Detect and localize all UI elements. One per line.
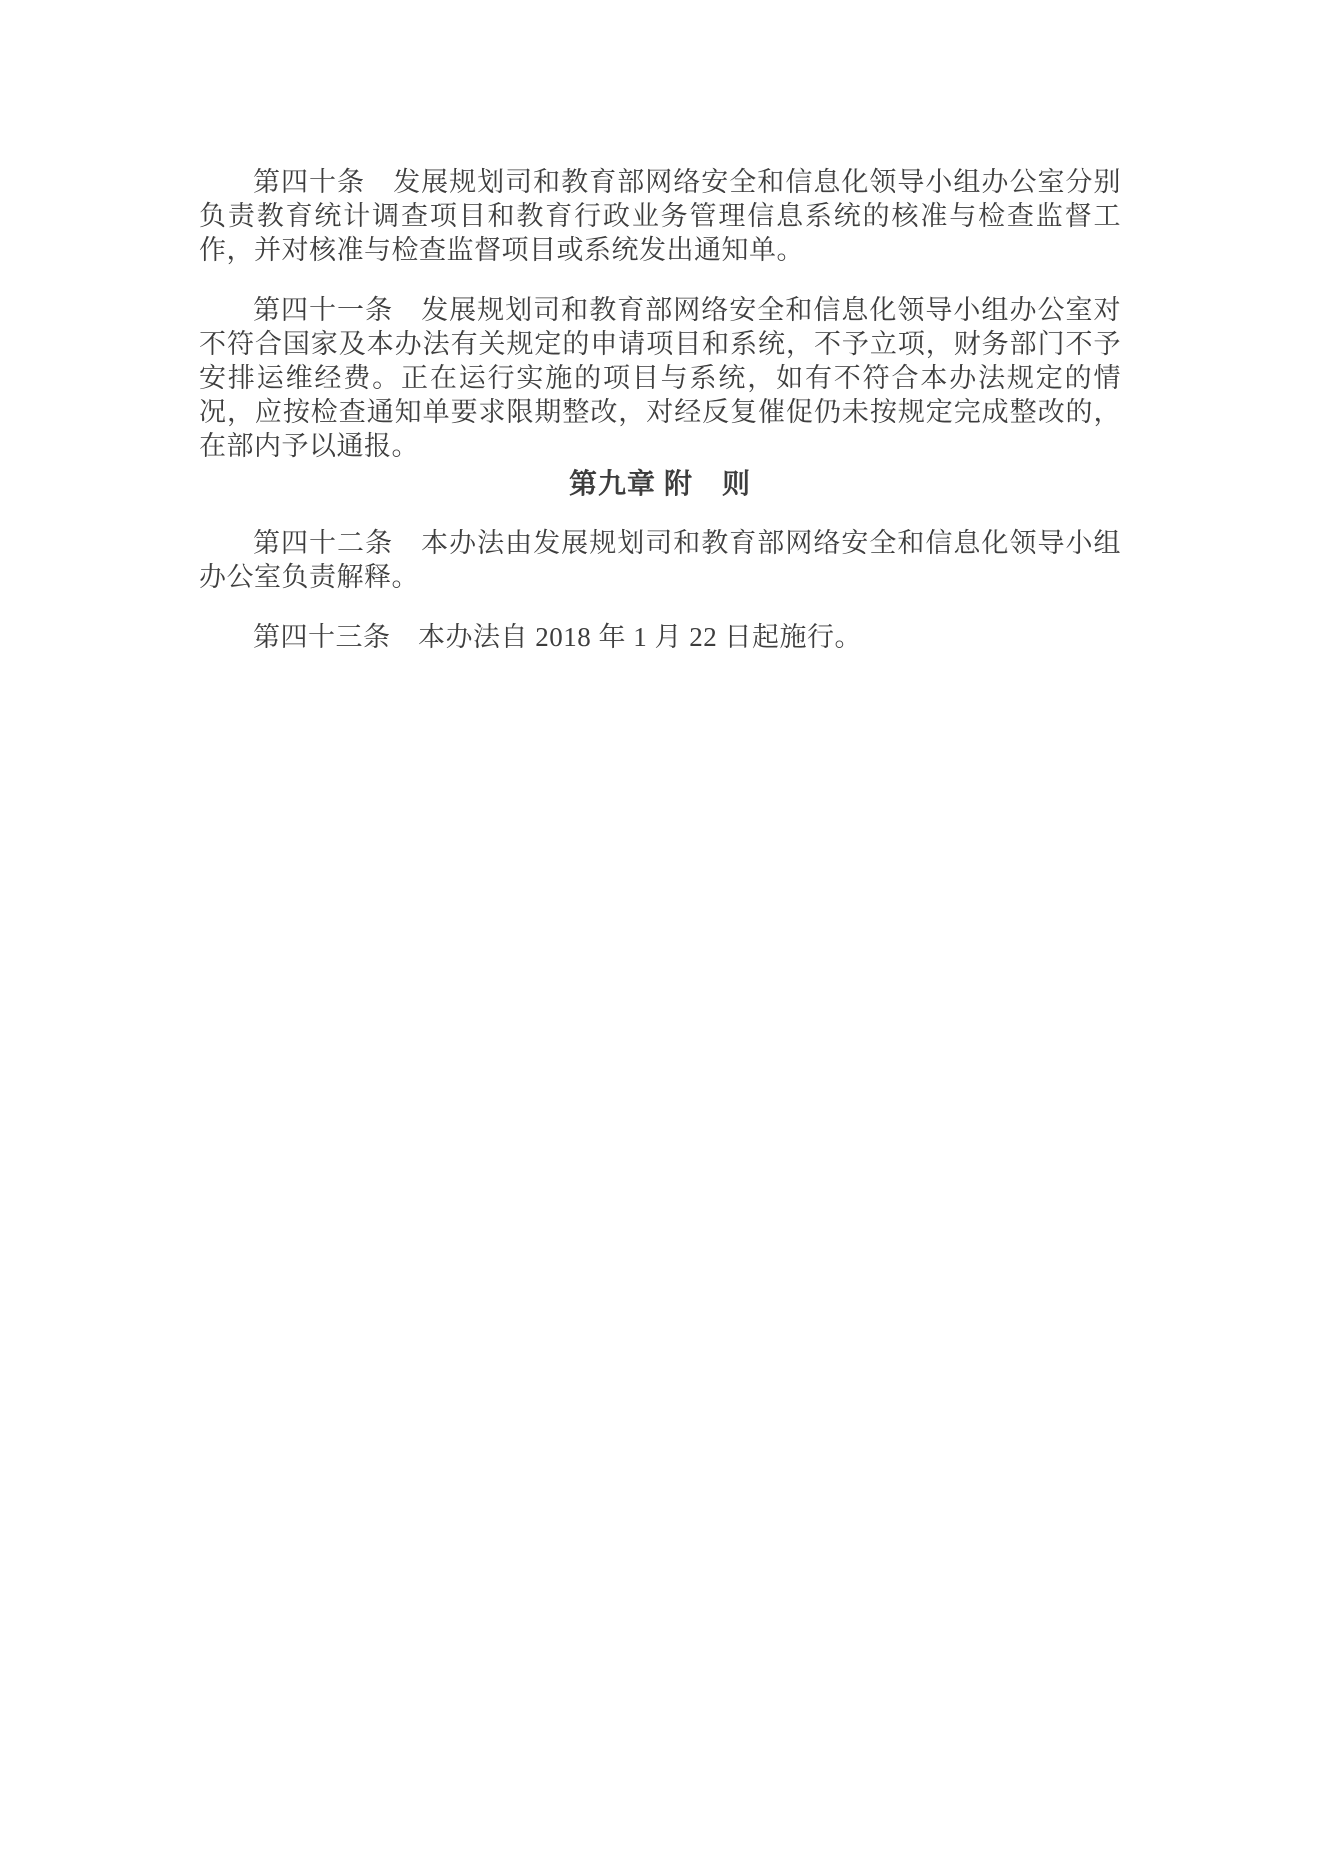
body-paragraph: 第四十条 发展规划司和教育部网络安全和信息化领导小组办公室分别负责教育统计调查项… — [199, 165, 1121, 267]
document-page: 第四十条 发展规划司和教育部网络安全和信息化领导小组办公室分别负责教育统计调查项… — [0, 0, 1323, 1871]
document-text-body: 第四十条 发展规划司和教育部网络安全和信息化领导小组办公室分别负责教育统计调查项… — [199, 165, 1121, 654]
chapter-heading: 第九章 附 则 — [199, 468, 1121, 502]
body-paragraph: 第四十二条 本办法由发展规划司和教育部网络安全和信息化领导小组办公室负责解释。 — [199, 526, 1121, 594]
body-paragraph: 第四十一条 发展规划司和教育部网络安全和信息化领导小组办公室对不符合国家及本办法… — [199, 293, 1121, 463]
body-paragraph: 第四十三条 本办法自 2018 年 1 月 22 日起施行。 — [199, 620, 1121, 654]
